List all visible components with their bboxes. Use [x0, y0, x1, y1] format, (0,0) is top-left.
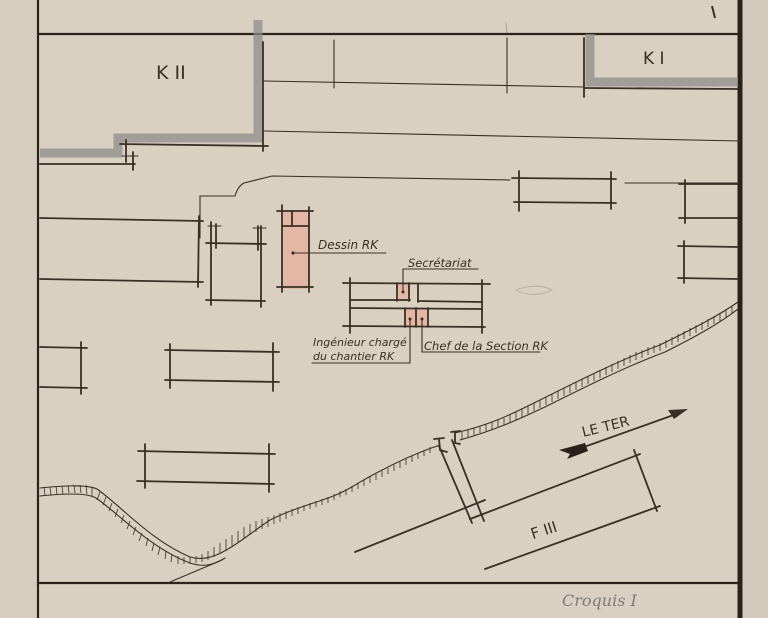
- label-dessin-rk: Dessin RK: [318, 238, 379, 252]
- label-chef-section: Chef de la Section RK: [424, 339, 549, 353]
- sketch-map-sheet: Dessin RK Secrétari: [0, 0, 768, 618]
- label-ingenieur-2: du chantier RK: [313, 350, 395, 363]
- label-k1: K I: [643, 49, 665, 69]
- label-secretariat: Secrétariat: [408, 256, 472, 270]
- caption-croquis: Croquis I: [562, 591, 637, 610]
- map-drawing: Dessin RK Secrétari: [0, 0, 768, 618]
- label-ingenieur-1: Ingénieur chargé: [313, 336, 407, 349]
- label-k2: K II: [156, 62, 186, 84]
